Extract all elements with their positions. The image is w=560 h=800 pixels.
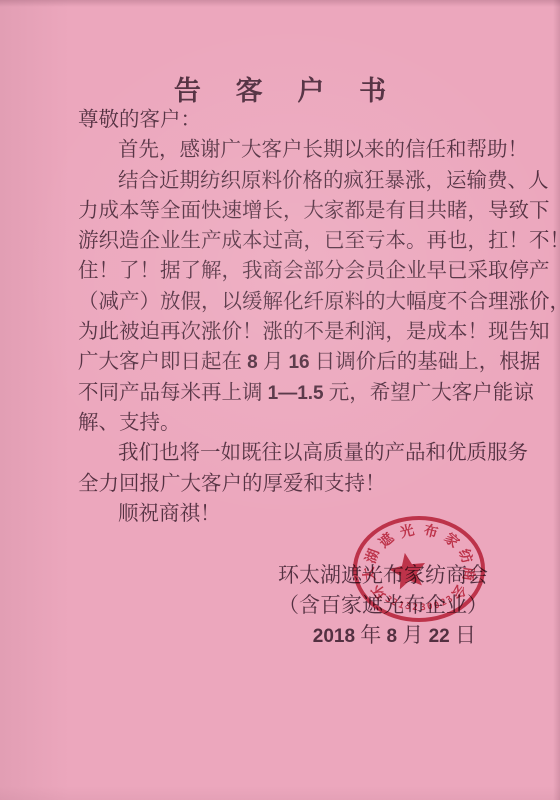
text-segment: 解、支持。	[78, 412, 181, 434]
number-text: 22	[429, 626, 450, 647]
body-line: （减产）放假，以缓解化纤原料的大幅度不合理涨价，	[78, 287, 496, 317]
body-line: 全力回报广大客户的厚爱和支持！	[78, 469, 496, 499]
text-segment: 住！了！据了解，我商会部分会员企业早已采取停产	[78, 260, 550, 282]
body-line: 住！了！据了解，我商会部分会员企业早已采取停产	[78, 256, 496, 286]
text-segment: （减产）放假，以缓解化纤原料的大幅度不合理涨价，	[78, 291, 560, 313]
signature-date: 2018 年 8 月 22 日	[278, 620, 488, 652]
page-title: 告 客 户 书	[0, 69, 560, 108]
number-text: 16	[288, 352, 309, 373]
text-segment: 月	[258, 351, 289, 373]
text-segment: 为此被迫再次涨价！涨的不是利润，是成本！现告知	[78, 321, 550, 343]
body-line: 结合近期纺织原料价格的疯狂暴涨，运输费、人	[78, 166, 496, 196]
text-segment: 日调价后的基础上，根据	[310, 351, 541, 373]
notice-photo: 告 客 户 书 尊敬的客户： 首先，感谢广大客户长期以来的信任和帮助！结合近期纺…	[0, 0, 560, 800]
body-line: 游织造企业生产成本过高，已至亏本。再也，扛！不！	[78, 226, 496, 256]
number-text: 8	[247, 352, 258, 373]
text-segment: 元，希望广大客户能谅	[324, 382, 534, 404]
body-line: 不同产品每米再上调 1—1.5 元，希望广大客户能谅	[78, 378, 496, 408]
chamber-seal-stamp: 环太湖遮光布家纺商会3213230023	[353, 516, 485, 622]
number-text: 8	[387, 626, 398, 647]
body-lines: 首先，感谢广大客户长期以来的信任和帮助！结合近期纺织原料价格的疯狂暴涨，运输费、…	[78, 135, 496, 529]
text-segment: 不同产品每米再上调	[78, 382, 268, 404]
text-segment: 我们也将一如既往以高质量的产品和优质服务	[118, 442, 528, 464]
body-line: 解、支持。	[78, 408, 496, 438]
text-segment: 首先，感谢广大客户长期以来的信任和帮助！	[118, 139, 528, 161]
star-icon	[383, 546, 434, 595]
number-text: 1—1.5	[268, 383, 324, 404]
stamp-serial-digit: 3	[420, 603, 426, 613]
body-line: 首先，感谢广大客户长期以来的信任和帮助！	[78, 135, 496, 165]
body-line: 力成本等全面快速增长，大家都是有目共睹，导致下	[78, 196, 496, 226]
text-segment: 广大客户即日起在	[78, 351, 247, 373]
salutation: 尊敬的客户：	[78, 105, 496, 135]
text-segment: 年	[355, 623, 387, 647]
body-line: 为此被迫再次涨价！涨的不是利润，是成本！现告知	[78, 317, 496, 347]
body-text: 尊敬的客户： 首先，感谢广大客户长期以来的信任和帮助！结合近期纺织原料价格的疯狂…	[78, 105, 496, 529]
text-segment: 力成本等全面快速增长，大家都是有目共睹，导致下	[78, 200, 550, 222]
number-text: 2018	[313, 626, 355, 647]
body-line: 我们也将一如既往以高质量的产品和优质服务	[78, 438, 496, 468]
text-segment: 日	[450, 623, 476, 647]
body-line: 广大客户即日起在 8 月 16 日调价后的基础上，根据	[78, 347, 496, 377]
text-segment: 结合近期纺织原料价格的疯狂暴涨，运输费、人	[118, 170, 549, 192]
text-segment: 游织造企业生产成本过高，已至亏本。再也，扛！不！	[78, 230, 560, 252]
text-segment: 月	[397, 623, 429, 647]
text-segment: 全力回报广大客户的厚爱和支持！	[78, 473, 386, 495]
text-segment: 顺祝商祺！	[118, 503, 221, 525]
